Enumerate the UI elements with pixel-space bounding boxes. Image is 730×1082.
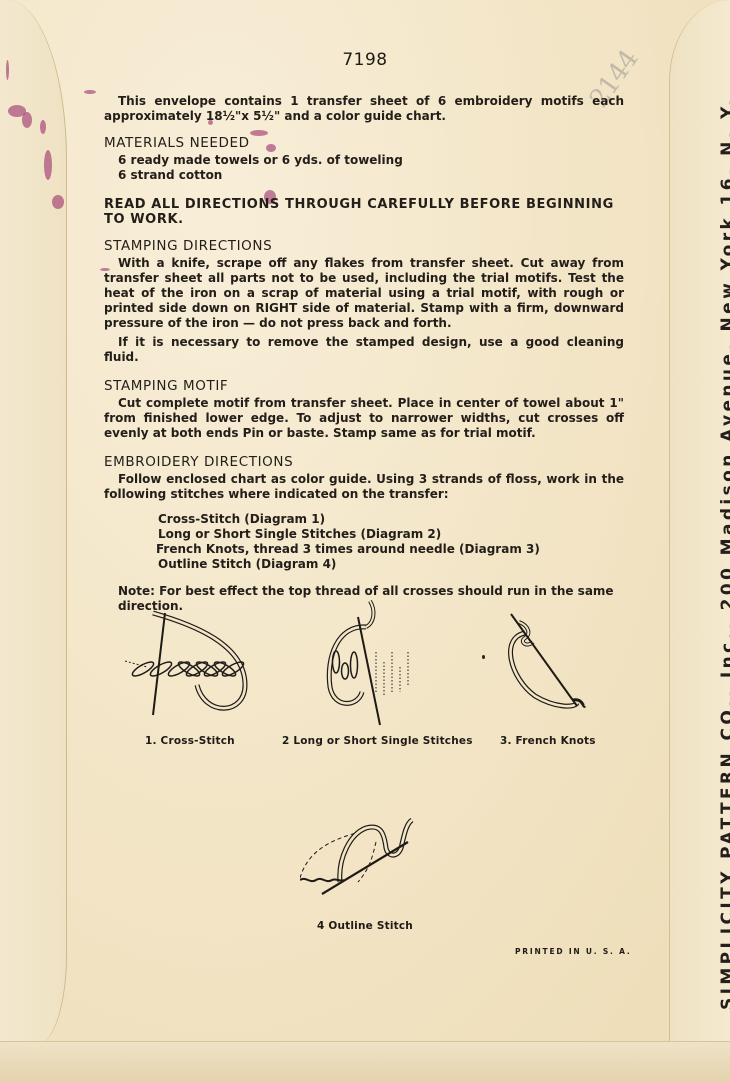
cleaning-fluid-text: If it is necessary to remove the stamped… <box>104 335 624 365</box>
diagram-3-caption: 3. French Knots <box>500 735 596 747</box>
stitch-item: Long or Short Single Stitches (Diagram 2… <box>158 527 624 542</box>
materials-item: 6 ready made towels or 6 yds. of towelin… <box>104 153 624 168</box>
stamping-motif-text: Cut complete motif from transfer sheet. … <box>104 396 624 441</box>
diagram-4-caption: 4 Outline Stitch <box>317 920 413 932</box>
read-directions-warning: READ ALL DIRECTIONS THROUGH CAREFULLY BE… <box>104 197 624 227</box>
embroidery-directions-text: Follow enclosed chart as color guide. Us… <box>104 472 624 502</box>
publisher-address: SIMPLICITY PATTERN CO., Inc., 200 Madiso… <box>718 96 730 1010</box>
diagram-2-caption: 2 Long or Short Single Stitches <box>282 735 473 747</box>
instructions: This envelope contains 1 transfer sheet … <box>104 94 624 614</box>
stamping-directions-text: With a knife, scrape off any flakes from… <box>104 256 624 331</box>
french-knot-diagram-icon <box>505 608 590 718</box>
intro-text: This envelope contains 1 transfer sheet … <box>104 94 624 124</box>
materials-item: 6 strand cotton <box>104 168 624 183</box>
stitch-item: Cross-Stitch (Diagram 1) <box>158 512 624 527</box>
outline-stitch-diagram-icon <box>300 818 420 898</box>
cross-stitch-diagram-icon <box>125 605 255 720</box>
stamping-directions-heading: STAMPING DIRECTIONS <box>104 239 624 254</box>
envelope-bottom-flap <box>0 1041 730 1082</box>
envelope-left-flap <box>0 0 67 1045</box>
stamping-motif-heading: STAMPING MOTIF <box>104 379 624 394</box>
printed-in-usa: PRINTED IN U. S. A. <box>515 947 632 956</box>
stitch-item: Outline Stitch (Diagram 4) <box>158 557 624 572</box>
embroidery-directions-heading: EMBROIDERY DIRECTIONS <box>104 455 624 470</box>
single-stitch-diagram-icon <box>318 597 428 727</box>
stitch-item: French Knots, thread 3 times around need… <box>156 542 624 557</box>
stitch-list: Cross-Stitch (Diagram 1) Long or Short S… <box>158 512 624 572</box>
diagram-1-caption: 1. Cross-Stitch <box>145 735 235 747</box>
materials-heading: MATERIALS NEEDED <box>104 136 624 151</box>
ink-dot <box>482 655 485 659</box>
